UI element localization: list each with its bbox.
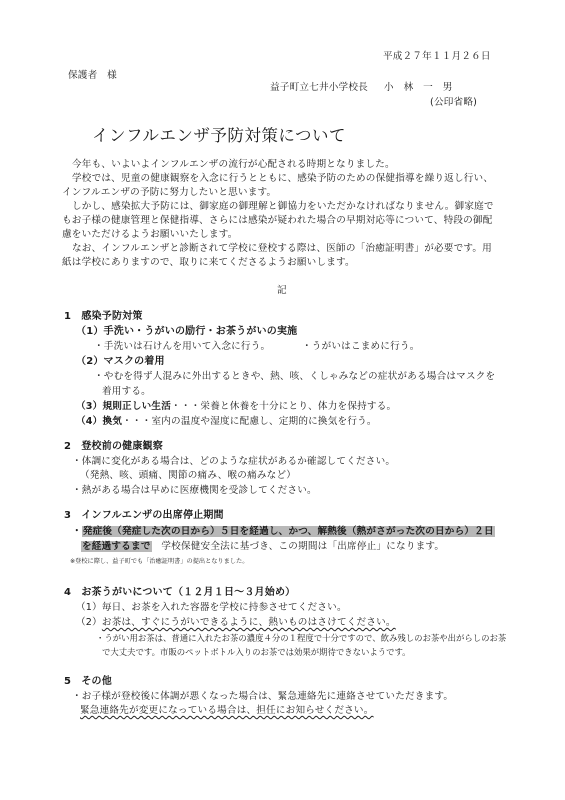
- sender-org: 益子町立七井小学校長: [270, 81, 368, 94]
- section-3-highlight: 発症後（発症した次の日から）５日を経過し、かつ、解熱後（熱がさがった次の日から）…: [82, 526, 495, 537]
- section-1-sub2-line: ・やむを得ず人混みに外出するときや、熱、咳、くしゃみなどの症状がある場合はマスク…: [94, 370, 495, 383]
- section-4-note: ・うがい用お茶は、普通に入れたお茶の濃度４分の１程度で十分ですので、飲み残しのお…: [96, 632, 506, 645]
- intro-line: 学校では、児童の健康観察を入念に行うとともに、感染予防のための保健指導を繰り返し…: [72, 172, 493, 185]
- section-1-sub2-line: 着用する。: [102, 385, 151, 398]
- section-1-sub4-num: （4）: [76, 416, 102, 427]
- section-1-sub1-item: ・うがいはこまめに行う。: [302, 340, 420, 353]
- bullet: ・: [72, 526, 82, 537]
- intro-line: なお、インフルエンザと診断されて学校に登校する際は、医師の「治癒証明書」が必要で…: [72, 242, 492, 255]
- section-3-heading: 3 インフルエンザの出席停止期間: [64, 509, 224, 522]
- document-date: 平成２７年１１月２６日: [383, 50, 491, 63]
- section-3-highlight: を経過するまで: [81, 541, 152, 552]
- sender-name: 小 林 一 男: [384, 81, 453, 94]
- section-3-highlight-line1: ・発症後（発症した次の日から）５日を経過し、かつ、解熱後（熱がさがった次の日から…: [72, 525, 495, 538]
- section-4-heading: 4 お茶うがいについて（１２月１日～３月始め）: [64, 586, 295, 599]
- section-5-line: ・お子様が登校後に体調が悪くなった場合は、緊急連絡先に連絡させていただきます。: [72, 690, 453, 703]
- section-4-line2-num: （2）: [76, 617, 102, 628]
- section-3-text: 学校保健安全法に基づき、この期間は「出席停止」になります。: [152, 541, 445, 552]
- section-1-sub3-text: ・・・栄養と休養を十分にとり、体力を保持する。: [171, 401, 396, 412]
- section-1-sub2-label: （2）マスクの着用: [76, 355, 165, 368]
- section-5-heading: 5 その他: [64, 675, 112, 688]
- section-1-sub1-item: ・手洗いは石けんを用いて入念に行う。: [94, 340, 270, 353]
- section-1-sub4-label: 換気: [102, 416, 122, 427]
- intro-line: もお子様の健康管理と保健指導、さらには感染が疑われた場合の早期対応等について、特…: [62, 214, 493, 227]
- section-1-sub4: （4）換気・・・室内の温度や湿度に配慮し、定期的に換気を行う。: [76, 415, 377, 428]
- intro-line: 慮をいただけるようお願いいたします。: [62, 228, 238, 241]
- section-2-line: （発熱、咳、頭痛、関節の痛み、喉の痛みなど）: [80, 469, 296, 482]
- section-3-highlight-line2: を経過するまで 学校保健安全法に基づき、この期間は「出席停止」になります。: [81, 540, 444, 553]
- section-2-heading: 2 登校前の健康観察: [64, 440, 163, 453]
- section-1-heading: 1 感染予防対策: [64, 310, 143, 323]
- section-4-line: （1）毎日、お茶を入れた容器を学校に持参させてください。: [76, 601, 347, 614]
- section-1-sub4-text: ・・・室内の温度や湿度に配慮し、定期的に換気を行う。: [122, 416, 377, 427]
- intro-line: しかし、感染拡大予防には、御家庭の御理解と御協力をいただかなければなりません。御…: [72, 200, 494, 213]
- section-5-line-underlined: 緊急連絡先が変更になっている場合は、担任にお知らせください。: [80, 704, 374, 717]
- recipient: 保護者 様: [68, 69, 117, 82]
- section-4-note: で大丈夫です。市販のペットボトル入りのお茶では効果が期待できないようです。: [102, 646, 411, 659]
- intro-line: 紙は学校にありますので、取りに来てくださるようお願いします。: [62, 256, 355, 269]
- section-2-line: ・体調に変化がある場合は、どのような症状があるか確認してください。: [72, 455, 395, 468]
- intro-line: インフルエンザの予防に努力したいと思います。: [62, 186, 276, 199]
- document-title: インフルエンザ予防対策について: [92, 122, 346, 146]
- section-2-line: ・熱がある場合は早めに医療機関を受診してください。: [72, 484, 317, 497]
- section-4-line2: （2）お茶は、すぐにうがいできるように、熱いものはさけてください。: [76, 616, 396, 629]
- seal-note: (公印省略): [430, 96, 477, 109]
- section-3-note: ※登校に際し、益子町でも「治癒証明書」の提出となりました。: [70, 557, 248, 566]
- intro-line: 今年も、いよいよインフルエンザの流行が心配される時期となりました。: [72, 158, 395, 171]
- section-1-sub3-label: 規則正しい生活: [102, 401, 171, 412]
- ki-marker: 記: [277, 284, 287, 297]
- section-1-sub1-label: （1）手洗い・うがいの励行・お茶うがいの実施: [76, 325, 297, 338]
- section-1-sub3: （3）規則正しい生活・・・栄養と休養を十分にとり、体力を保持する。: [76, 400, 396, 413]
- section-4-line2-text: お茶は、すぐにうがいできるように、熱いものはさけてください。: [102, 617, 396, 628]
- section-1-sub3-num: （3）: [76, 401, 102, 412]
